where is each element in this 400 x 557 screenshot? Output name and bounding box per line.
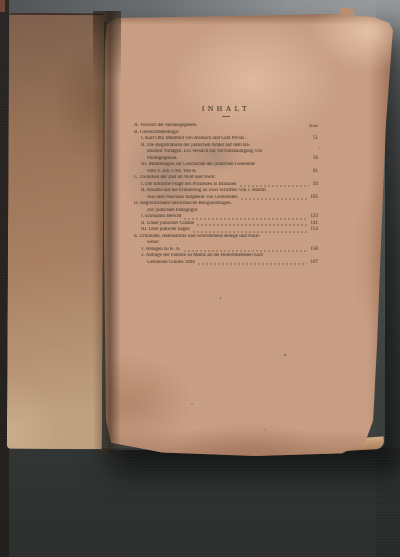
toc-text-block: INHALT A. Vorwort der Herausgegeben.Seit… bbox=[134, 104, 318, 266]
foxing-speck bbox=[264, 429, 265, 430]
toc-page-number: 167 bbox=[309, 260, 319, 267]
toc-page-number: 158 bbox=[309, 247, 319, 254]
contents-page: INHALT A. Vorwort der Herausgegeben.Seit… bbox=[104, 14, 394, 456]
toc-entry-text: Gemeinde Gulden 1894 bbox=[147, 260, 195, 267]
toc-page-number: 56 bbox=[311, 156, 318, 163]
foxing-speck bbox=[284, 354, 286, 356]
toc-row: Gemeinde Gulden 1894167 bbox=[134, 260, 318, 267]
toc-page-number: 81 bbox=[311, 169, 318, 176]
backdrop-bottom bbox=[0, 448, 400, 557]
toc-rows: A. Vorwort der Herausgegeben.SeiteB. Ges… bbox=[134, 123, 318, 266]
foxing-speck bbox=[220, 297, 221, 299]
title-rule bbox=[222, 116, 230, 117]
foxing-speck bbox=[319, 147, 320, 148]
book-photo: INHALT A. Vorwort der Herausgegeben.Seit… bbox=[0, 0, 400, 557]
toc-page-number: 154 bbox=[309, 227, 319, 234]
dot-leader bbox=[197, 262, 307, 266]
toc-page-number: 105 bbox=[309, 195, 319, 202]
dot-leader bbox=[240, 197, 307, 201]
foxing-speck bbox=[191, 403, 193, 404]
dot-leader bbox=[196, 223, 306, 227]
toc-page-number: 93 bbox=[311, 182, 318, 189]
backdrop-left-sliver bbox=[0, 0, 5, 12]
dot-leader bbox=[183, 217, 306, 221]
page-column-header: Seite bbox=[307, 123, 318, 130]
toc-page-number: 51 bbox=[311, 136, 318, 143]
left-page bbox=[7, 13, 104, 449]
page-title: INHALT bbox=[134, 104, 318, 113]
